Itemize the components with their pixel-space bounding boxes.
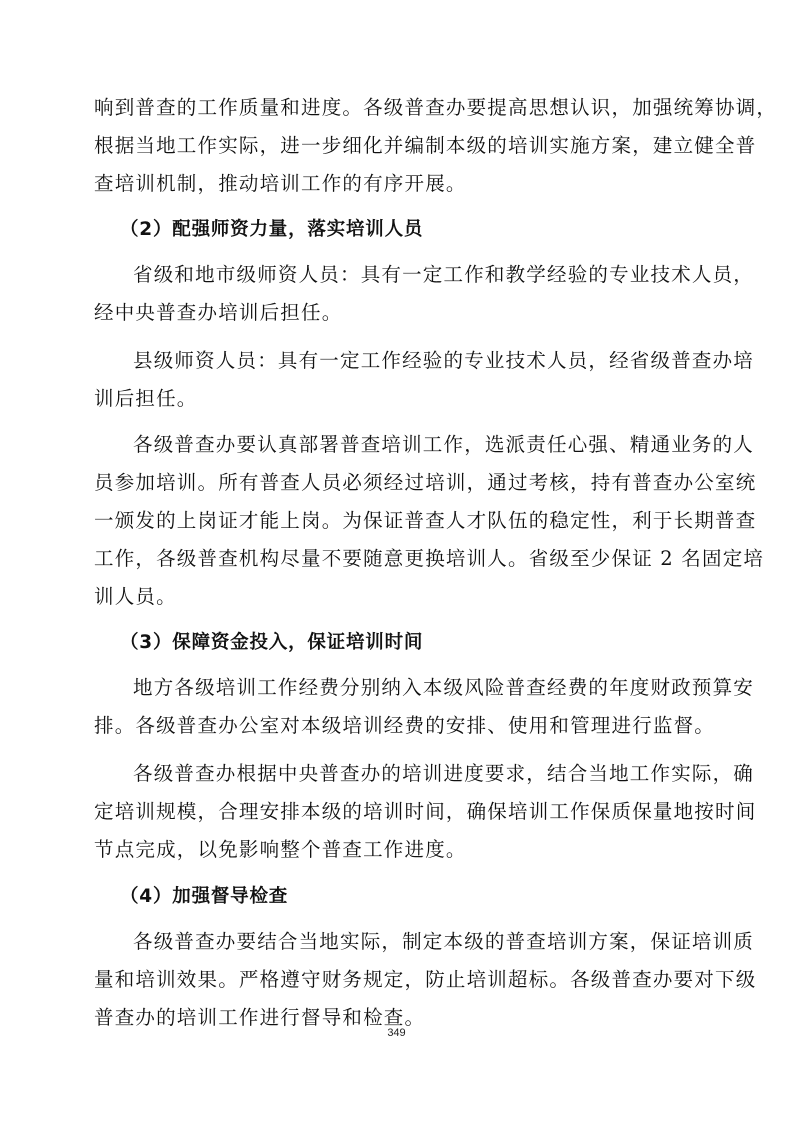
paragraph-line: 查培训机制，推动培训工作的有序开展。 (94, 172, 704, 196)
section-heading-4: （4）加强督导检查 (120, 885, 730, 909)
section-heading-2: （2）配强师资力量，落实培训人员 (120, 218, 730, 242)
paragraph-line: 经中央普查办培训后担任。 (94, 301, 704, 325)
paragraph-line: 量和培训效果。严格遵守财务规定，防止培训超标。各级普查办要对下级 (94, 968, 704, 992)
section-heading-3: （3）保障资金投入，保证培训时间 (120, 631, 730, 655)
paragraph-line: 定培训规模，合理安排本级的培训时间，确保培训工作保质保量地按时间 (94, 800, 704, 824)
paragraph-line: 根据当地工作实际，进一步细化并编制本级的培训实施方案，建立健全普 (94, 134, 704, 158)
paragraph-line: 排。各级普查办公室对本级培训经费的安排、使用和管理进行监督。 (94, 714, 704, 738)
paragraph-line: 响到普查的工作质量和进度。各级普查办要提高思想认识，加强统筹协调， (94, 96, 704, 120)
paragraph-line: 县级师资人员：具有一定工作经验的专业技术人员，经省级普查办培 (133, 349, 743, 373)
paragraph-line: 训后担任。 (94, 387, 704, 411)
document-page: 响到普查的工作质量和进度。各级普查办要提高思想认识，加强统筹协调， 根据当地工作… (0, 0, 793, 1122)
paragraph-line: 节点完成，以免影响整个普查工作进度。 (94, 838, 704, 862)
page-number: 349 (0, 1027, 793, 1039)
paragraph-line: 员参加培训。所有普查人员必须经过培训，通过考核，持有普查办公室统 (94, 471, 704, 495)
paragraph-line: 工作，各级普查机构尽量不要随意更换培训人。省级至少保证 2 名固定培 (94, 547, 704, 571)
paragraph-line: 省级和地市级师资人员：具有一定工作和教学经验的专业技术人员， (133, 263, 743, 287)
paragraph-line: 一颁发的上岗证才能上岗。为保证普查人才队伍的稳定性，利于长期普查 (94, 509, 704, 533)
paragraph-line: 各级普查办要结合当地实际，制定本级的普查培训方案，保证培训质 (133, 930, 743, 954)
paragraph-line: 各级普查办根据中央普查办的培训进度要求，结合当地工作实际，确 (133, 762, 743, 786)
paragraph-line: 各级普查办要认真部署普查培训工作，选派责任心强、精通业务的人 (133, 433, 743, 457)
paragraph-line: 训人员。 (94, 585, 704, 609)
paragraph-line: 地方各级培训工作经费分别纳入本级风险普查经费的年度财政预算安 (133, 676, 743, 700)
